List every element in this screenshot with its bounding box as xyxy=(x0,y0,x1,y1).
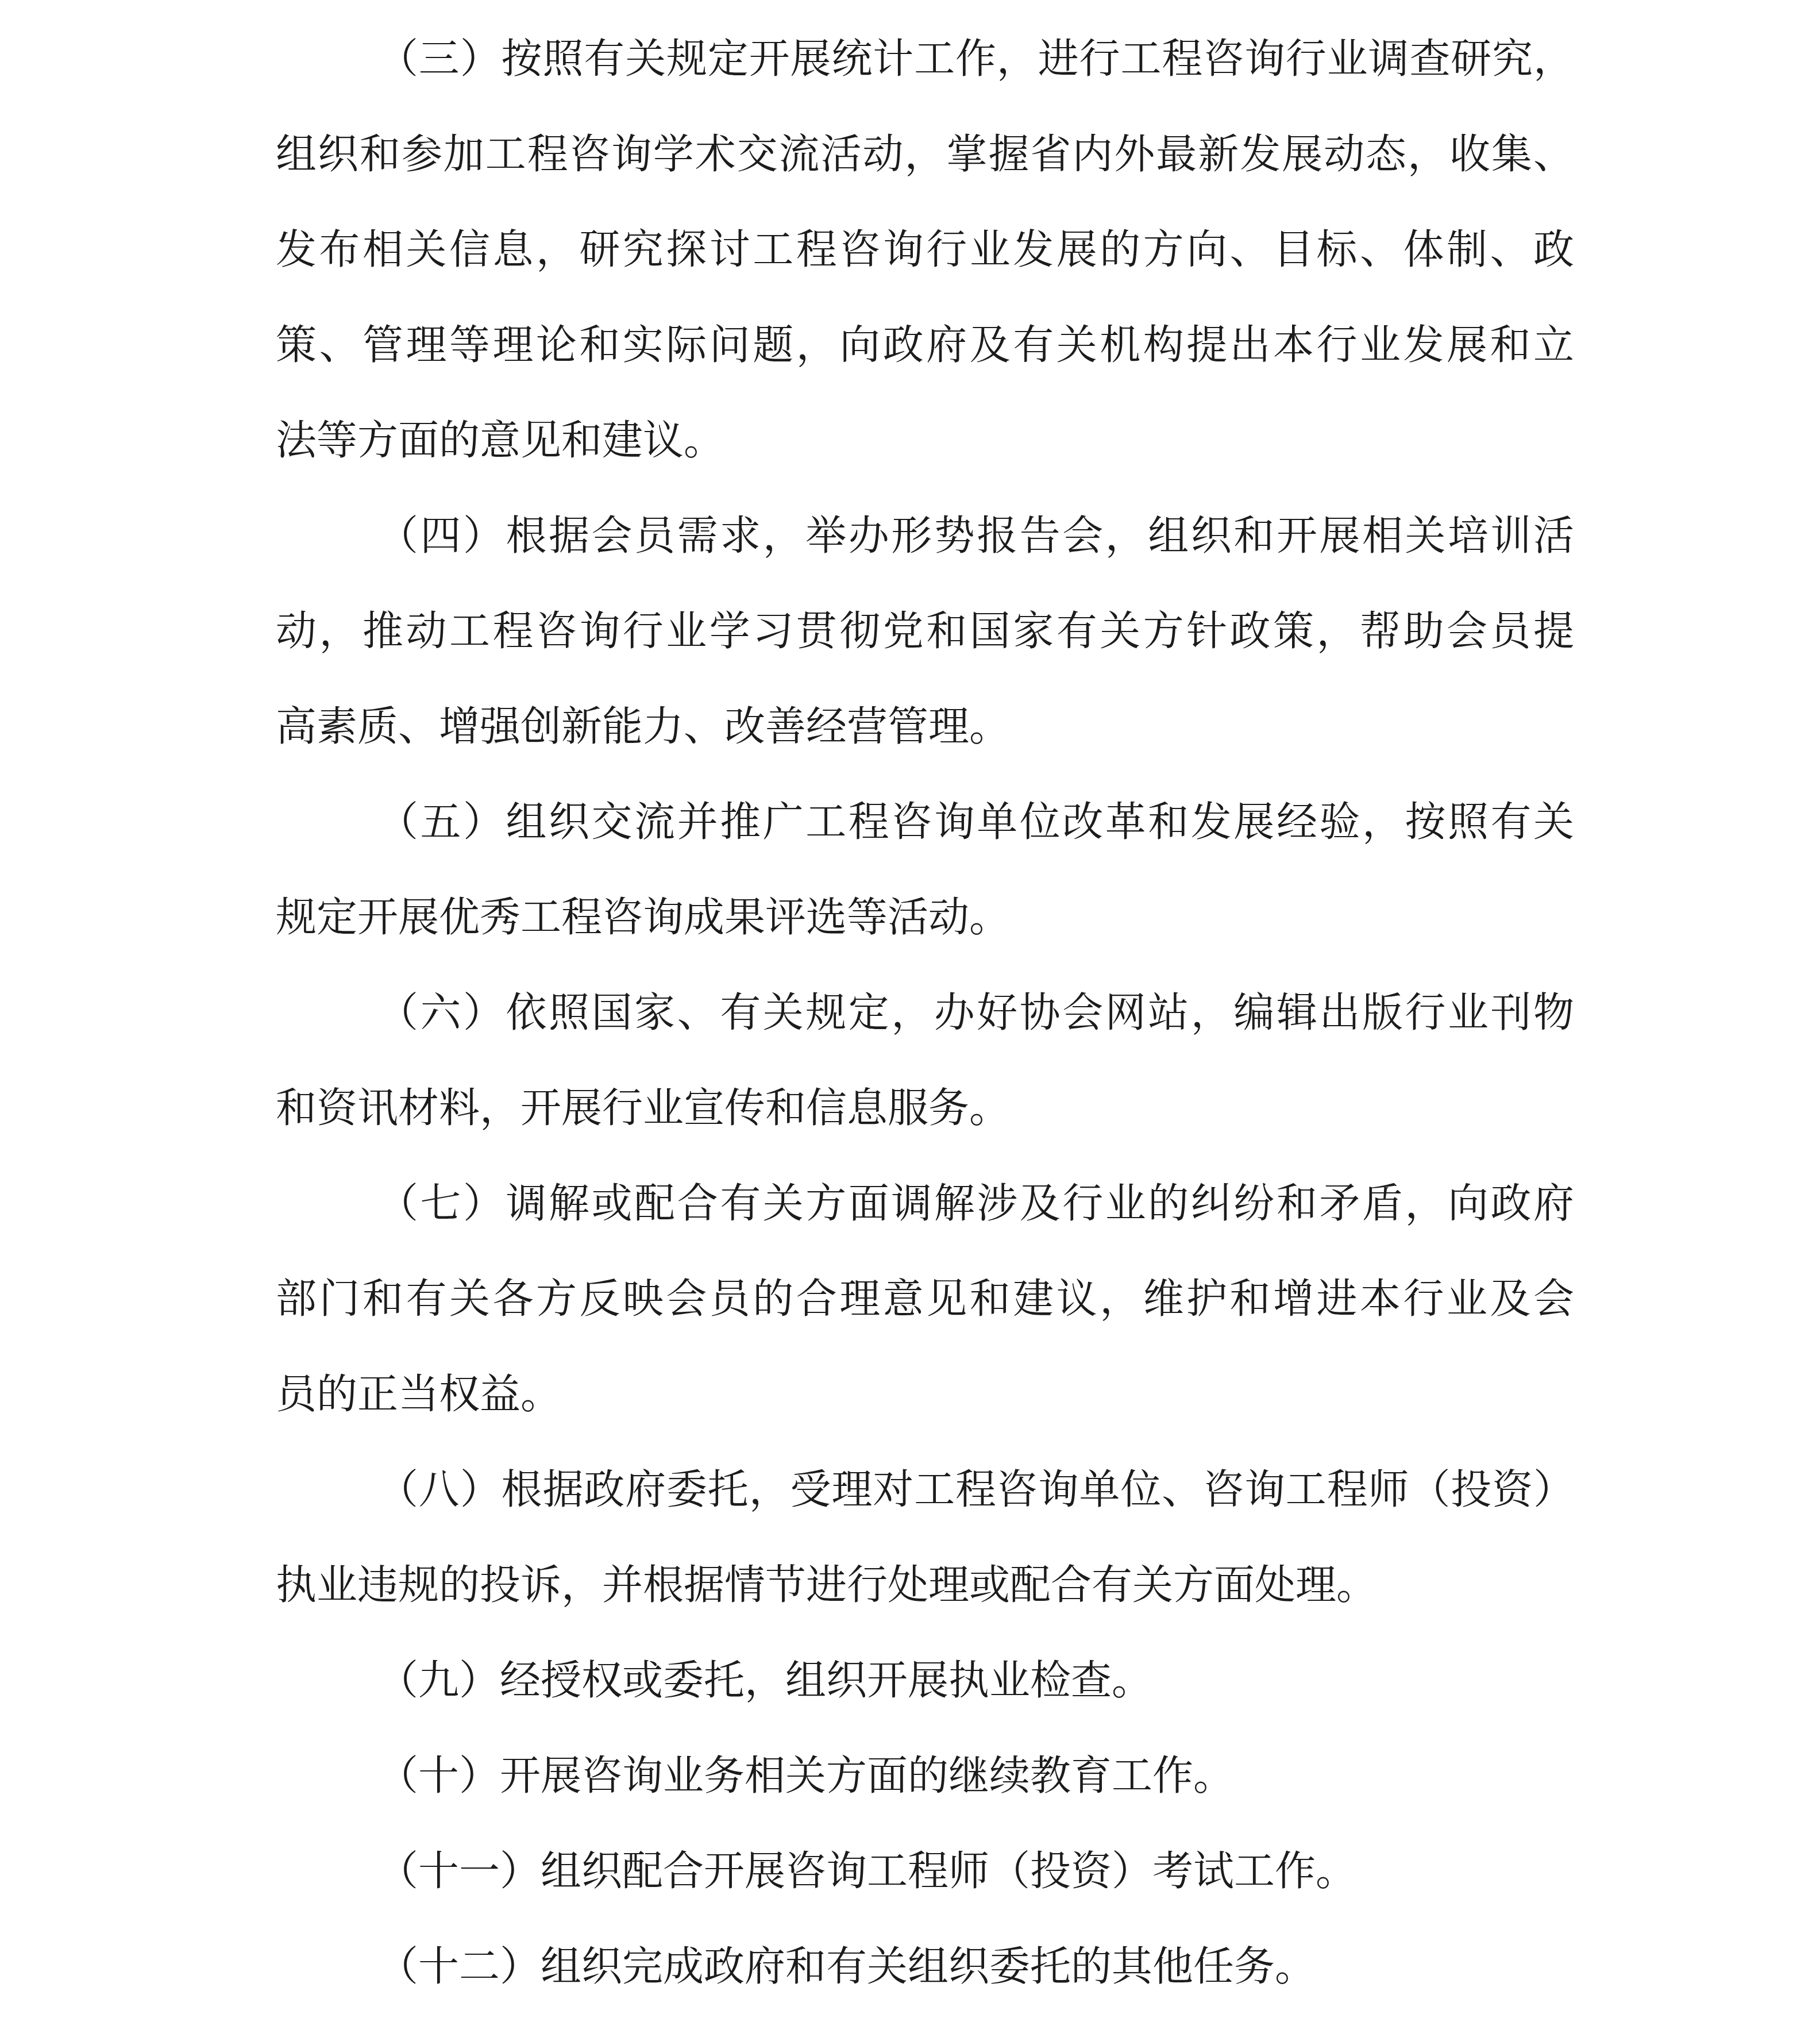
text-line: 策、管理等理论和实际问题，向政府及有关机构提出本行业发展和立 xyxy=(276,298,1574,393)
text-line: （四）根据会员需求，举办形势报告会，组织和开展相关培训活 xyxy=(276,488,1574,584)
text-line: （六）依照国家、有关规定，办好协会网站，编辑出版行业刊物 xyxy=(276,965,1574,1061)
text-line: 和资讯材料，开展行业宣传和信息服务。 xyxy=(276,1061,1574,1156)
text-line: （五）组织交流并推广工程咨询单位改革和发展经验，按照有关 xyxy=(276,775,1574,870)
paragraph-item-7: （七）调解或配合有关方面调解涉及行业的纠纷和矛盾，向政府 部门和有关各方反映会员… xyxy=(276,1156,1574,1442)
paragraph-item-6: （六）依照国家、有关规定，办好协会网站，编辑出版行业刊物 和资讯材料，开展行业宣… xyxy=(276,965,1574,1156)
text-line: （七）调解或配合有关方面调解涉及行业的纠纷和矛盾，向政府 xyxy=(276,1156,1574,1251)
text-line: （十二）组织完成政府和有关组织委托的其他任务。 xyxy=(276,1919,1574,2015)
paragraph-item-9: （九）经授权或委托，组织开展执业检查。 xyxy=(276,1633,1574,1728)
text-line: （九）经授权或委托，组织开展执业检查。 xyxy=(276,1633,1574,1728)
text-line: 发布相关信息，研究探讨工程咨询行业发展的方向、目标、体制、政 xyxy=(276,202,1574,298)
paragraph-item-12: （十二）组织完成政府和有关组织委托的其他任务。 xyxy=(276,1919,1574,2015)
paragraph-item-4: （四）根据会员需求，举办形势报告会，组织和开展相关培训活 动，推动工程咨询行业学… xyxy=(276,488,1574,775)
paragraph-item-3: （三）按照有关规定开展统计工作，进行工程咨询行业调查研究， 组织和参加工程咨询学… xyxy=(276,11,1574,488)
text-line: 部门和有关各方反映会员的合理意见和建议，维护和增进本行业及会 xyxy=(276,1251,1574,1347)
paragraph-item-8: （八）根据政府委托，受理对工程咨询单位、咨询工程师（投资） 执业违规的投诉，并根… xyxy=(276,1442,1574,1633)
paragraph-item-10: （十）开展咨询业务相关方面的继续教育工作。 xyxy=(276,1728,1574,1824)
text-line: 高素质、增强创新能力、改善经营管理。 xyxy=(276,679,1574,775)
text-line: 执业违规的投诉，并根据情节进行处理或配合有关方面处理。 xyxy=(276,1538,1574,1633)
document-page: （三）按照有关规定开展统计工作，进行工程咨询行业调查研究， 组织和参加工程咨询学… xyxy=(0,0,1820,2018)
paragraph-item-11: （十一）组织配合开展咨询工程师（投资）考试工作。 xyxy=(276,1824,1574,1919)
text-line: 法等方面的意见和建议。 xyxy=(276,393,1574,488)
text-line: 员的正当权益。 xyxy=(276,1347,1574,1442)
text-line: （三）按照有关规定开展统计工作，进行工程咨询行业调查研究， xyxy=(276,11,1574,107)
text-line: （十）开展咨询业务相关方面的继续教育工作。 xyxy=(276,1728,1574,1824)
text-line: 组织和参加工程咨询学术交流活动，掌握省内外最新发展动态，收集、 xyxy=(276,107,1574,202)
text-line: 动，推动工程咨询行业学习贯彻党和国家有关方针政策，帮助会员提 xyxy=(276,584,1574,679)
text-line: （八）根据政府委托，受理对工程咨询单位、咨询工程师（投资） xyxy=(276,1442,1574,1538)
paragraph-item-5: （五）组织交流并推广工程咨询单位改革和发展经验，按照有关 规定开展优秀工程咨询成… xyxy=(276,775,1574,965)
text-line: （十一）组织配合开展咨询工程师（投资）考试工作。 xyxy=(276,1824,1574,1919)
text-line: 规定开展优秀工程咨询成果评选等活动。 xyxy=(276,870,1574,965)
